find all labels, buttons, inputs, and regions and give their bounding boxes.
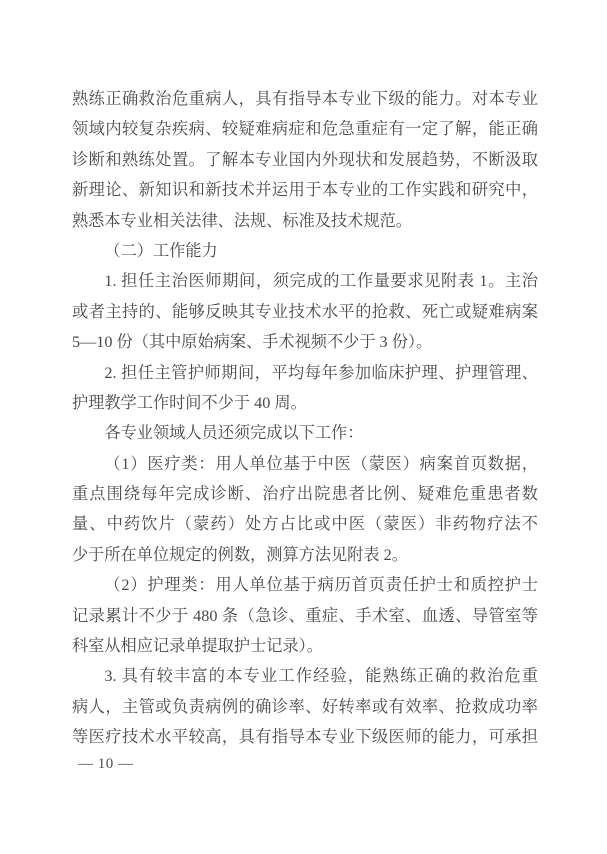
text-line: 少于所在单位规定的例数，测算方法见附表 2。 [72, 540, 538, 570]
text-line: 护理教学工作时间不少于 40 周。 [72, 388, 538, 418]
text-line: 各专业领域人员还须完成以下工作： [72, 418, 538, 448]
text-line: 领域内较复杂疾病、较疑难病症和危急重症有一定了解，能正确 [72, 114, 538, 144]
text-line: 科室从相应记录单提取护士记录）。 [72, 631, 538, 661]
text-line: 新理论、新知识和新技术并运用于本专业的工作实践和研究中， [72, 175, 538, 205]
text-line: 熟练正确救治危重病人，具有指导本专业下级的能力。对本专业 [72, 84, 538, 114]
text-line: 5—10 份（其中原始病案、手术视频不少于 3 份）。 [72, 327, 538, 357]
text-line: （1）医疗类：用人单位基于中医（蒙医）病案首页数据， [72, 449, 538, 479]
text-line: （2）护理类：用人单位基于病历首页责任护士和质控护士 [72, 570, 538, 600]
text-line: 病人，主管或负责病例的确诊率、好转率或有效率、抢救成功率 [72, 692, 538, 722]
document-body-text: 熟练正确救治危重病人，具有指导本专业下级的能力。对本专业 领域内较复杂疾病、较疑… [72, 84, 538, 753]
text-line: 1. 担任主治医师期间，须完成的工作量要求见附表 1。主治 [72, 266, 538, 296]
text-line: 2. 担任主管护师期间，平均每年参加临床护理、护理管理、 [72, 358, 538, 388]
text-line: 等医疗技术水平较高，具有指导本专业下级医师的能力，可承担 [72, 722, 538, 752]
text-line: 诊断和熟练处置。了解本专业国内外现状和发展趋势，不断汲取 [72, 145, 538, 175]
text-line: 量、中药饮片（蒙药）处方占比或中医（蒙医）非药物疗法不 [72, 509, 538, 539]
text-line: 重点围绕每年完成诊断、治疗出院患者比例、疑难危重患者数 [72, 479, 538, 509]
section-heading: （二）工作能力 [72, 236, 538, 266]
text-line: 熟悉本专业相关法律、法规、标准及技术规范。 [72, 206, 538, 236]
document-page: 熟练正确救治危重病人，具有指导本专业下级的能力。对本专业 领域内较复杂疾病、较疑… [0, 0, 607, 854]
text-line: 3. 具有较丰富的本专业工作经验，能熟练正确的救治危重 [72, 661, 538, 691]
text-line: 或者主持的、能够反映其专业技术水平的抢救、死亡或疑难病案 [72, 297, 538, 327]
text-line: 记录累计不少于 480 条（急诊、重症、手术室、血透、导管室等 [72, 601, 538, 631]
page-number: — 10 — [78, 752, 134, 776]
